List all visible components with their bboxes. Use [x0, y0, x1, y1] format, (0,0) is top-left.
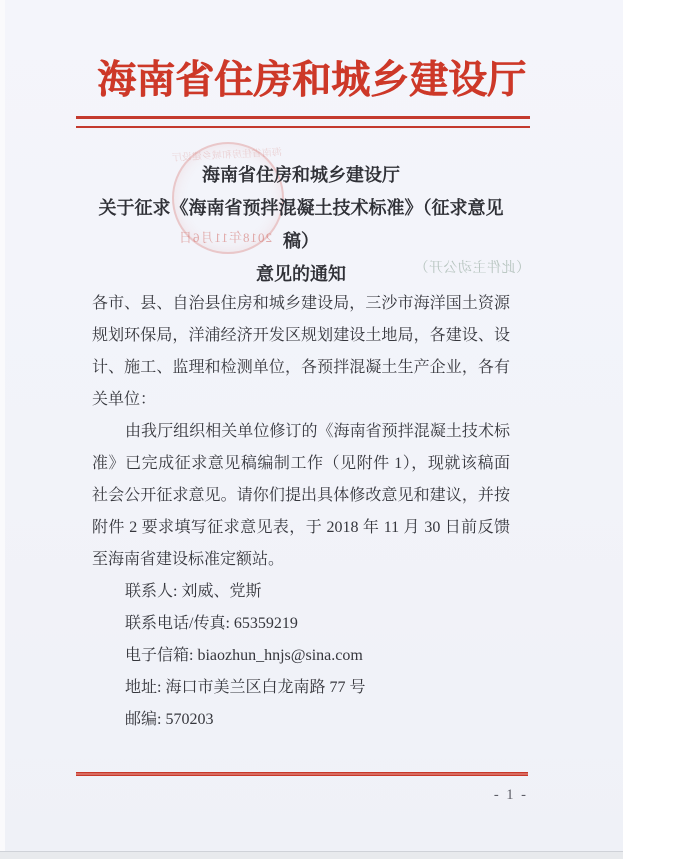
document-title-line-1: 海南省住房和城乡建设厅	[92, 159, 510, 192]
contact-line-address: 地址: 海口市美兰区白龙南路 77 号	[92, 672, 510, 704]
paragraph-line: 准》已完成征求意见稿编制工作（见附件 1），现就该稿面向	[92, 448, 510, 480]
document-title-line-2: 关于征求《海南省预拌混凝土技术标准》（征求意见稿）	[92, 192, 510, 258]
paragraph-line: 社会公开征求意见。请你们提出具体修改意见和建议，并按	[92, 480, 510, 512]
paragraph-line: 附件 2 要求填写征求意见表，于 2018 年 11 月 30 日前反馈	[92, 512, 510, 544]
scanner-bottom-edge	[0, 851, 623, 859]
paragraph-line: 至海南省建设标准定额站。	[92, 544, 510, 576]
paper-left-edge	[0, 0, 5, 851]
letterhead-agency-title: 海南省住房和城乡建设厅	[0, 58, 623, 104]
letterhead-double-rule	[76, 116, 530, 128]
paper-sheet: 海南省住房和城乡建设厅 2018年11月6日 （此件主动公开） 海南省住房和城乡…	[0, 0, 623, 851]
document-body: 各市、县、自治县住房和城乡建设局，三沙市海洋国土资源 规划环保局，洋浦经济开发区…	[92, 288, 510, 736]
footer-red-rule	[76, 772, 528, 776]
contact-line-postcode: 邮编: 570203	[92, 704, 510, 736]
scanned-document: 海南省住房和城乡建设厅 2018年11月6日 （此件主动公开） 海南省住房和城乡…	[0, 0, 700, 859]
contact-line-person: 联系人: 刘威、党斯	[92, 576, 510, 608]
contact-line-email: 电子信箱: biaozhun_hnjs@sina.com	[92, 640, 510, 672]
document-title-line-3: 意见的通知	[92, 258, 510, 291]
document-title: 海南省住房和城乡建设厅 关于征求《海南省预拌混凝土技术标准》（征求意见稿） 意见…	[92, 159, 510, 291]
paragraph-line: 由我厅组织相关单位修订的《海南省预拌混凝土技术标	[92, 416, 510, 448]
page-number: - 1 -	[92, 787, 528, 804]
salutation-line: 关单位：	[92, 384, 510, 416]
salutation-line: 规划环保局，洋浦经济开发区规划建设土地局，各建设、设	[92, 320, 510, 352]
contact-line-phone: 联系电话/传真: 65359219	[92, 608, 510, 640]
salutation-line: 各市、县、自治县住房和城乡建设局，三沙市海洋国土资源	[92, 288, 510, 320]
salutation-line: 计、施工、监理和检测单位，各预拌混凝土生产企业，各有	[92, 352, 510, 384]
